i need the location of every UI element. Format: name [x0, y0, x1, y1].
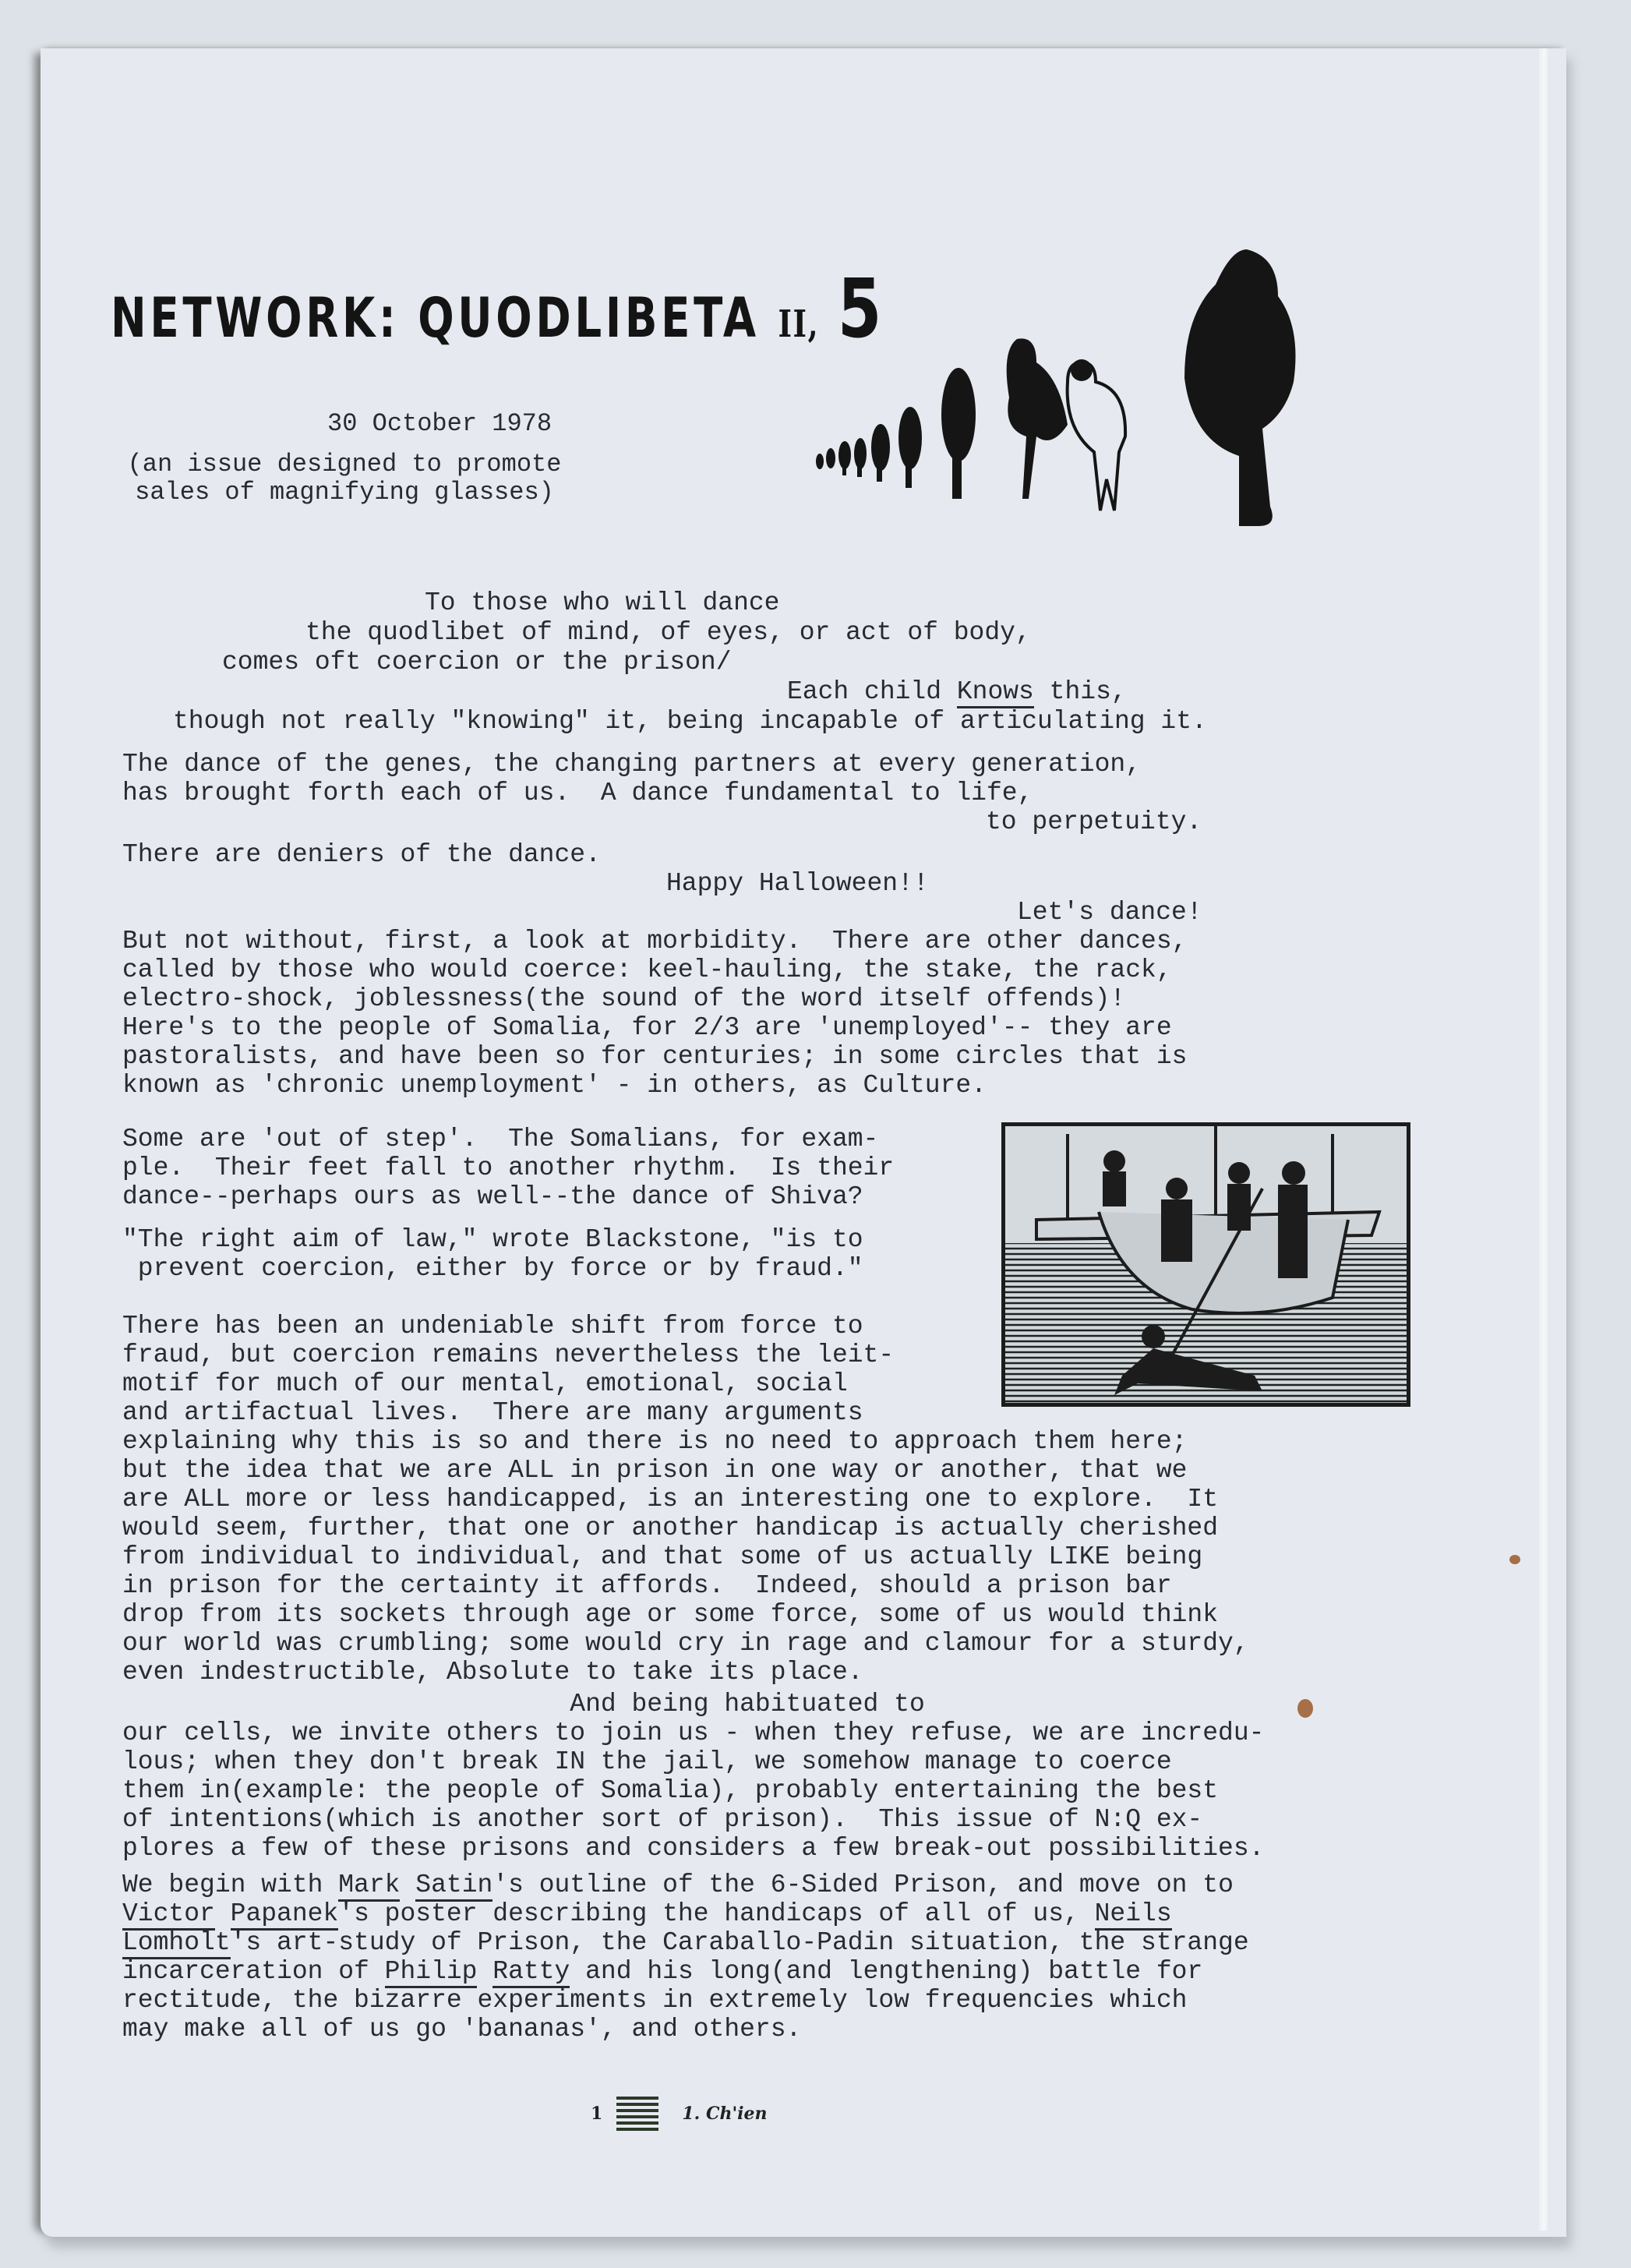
- dancers-illustration: [810, 234, 1356, 530]
- hexagram-icon: [616, 2097, 658, 2131]
- title-text: NETWORK: QUODLIBETA: [111, 286, 760, 350]
- name-neils: Neils: [1095, 1899, 1172, 1931]
- name-ratty: Ratty: [492, 1957, 570, 1988]
- poem-line-5: though not really "knowing" it, being in…: [173, 707, 1207, 736]
- name-victor: Victor: [122, 1899, 215, 1931]
- page-number: 1: [591, 2104, 602, 2124]
- poem-line-3: comes oft coercion or the prison/: [222, 648, 732, 677]
- hexagram-label: 1. Ch'ien: [682, 2104, 767, 2124]
- name-papanek: Papanek: [231, 1899, 339, 1931]
- page-footer: 1 1. Ch'ien: [591, 2097, 768, 2131]
- intro-line-1: The dance of the genes, the changing par…: [122, 750, 1141, 779]
- rust-stain: [1509, 1555, 1520, 1564]
- lets-dance: Let's dance!: [1017, 898, 1202, 927]
- underlined-knows: Knows: [957, 677, 1034, 708]
- intro-line-2: has brought forth each of us. A dance fu…: [122, 779, 1033, 807]
- name-satin: Satin: [415, 1871, 492, 1902]
- name-lomholt: Lomholt: [122, 1928, 231, 1959]
- issue-subtitle: (an issue designed to promote sales of m…: [95, 450, 594, 507]
- poem-line-2: the quodlibet of mind, of eyes, or act o…: [305, 618, 1031, 647]
- masthead-title: NETWORK: QUODLIBETA II, 5: [111, 261, 885, 356]
- name-philip: Philip: [385, 1957, 478, 1988]
- name-mark: Mark: [338, 1871, 400, 1902]
- rust-stain: [1297, 1699, 1313, 1718]
- page-edge: [1539, 48, 1550, 2231]
- intro-line-3: to perpetuity.: [986, 807, 1202, 836]
- issue-date: 30 October 1978: [327, 409, 552, 438]
- poem-line-4: Each child Knows this,: [787, 677, 1127, 706]
- happy-halloween: Happy Halloween!!: [666, 869, 929, 898]
- keel-hauling-woodcut: [1001, 1122, 1410, 1407]
- deniers-line: There are deniers of the dance.: [122, 840, 601, 869]
- poem-line-1: To those who will dance: [425, 588, 779, 617]
